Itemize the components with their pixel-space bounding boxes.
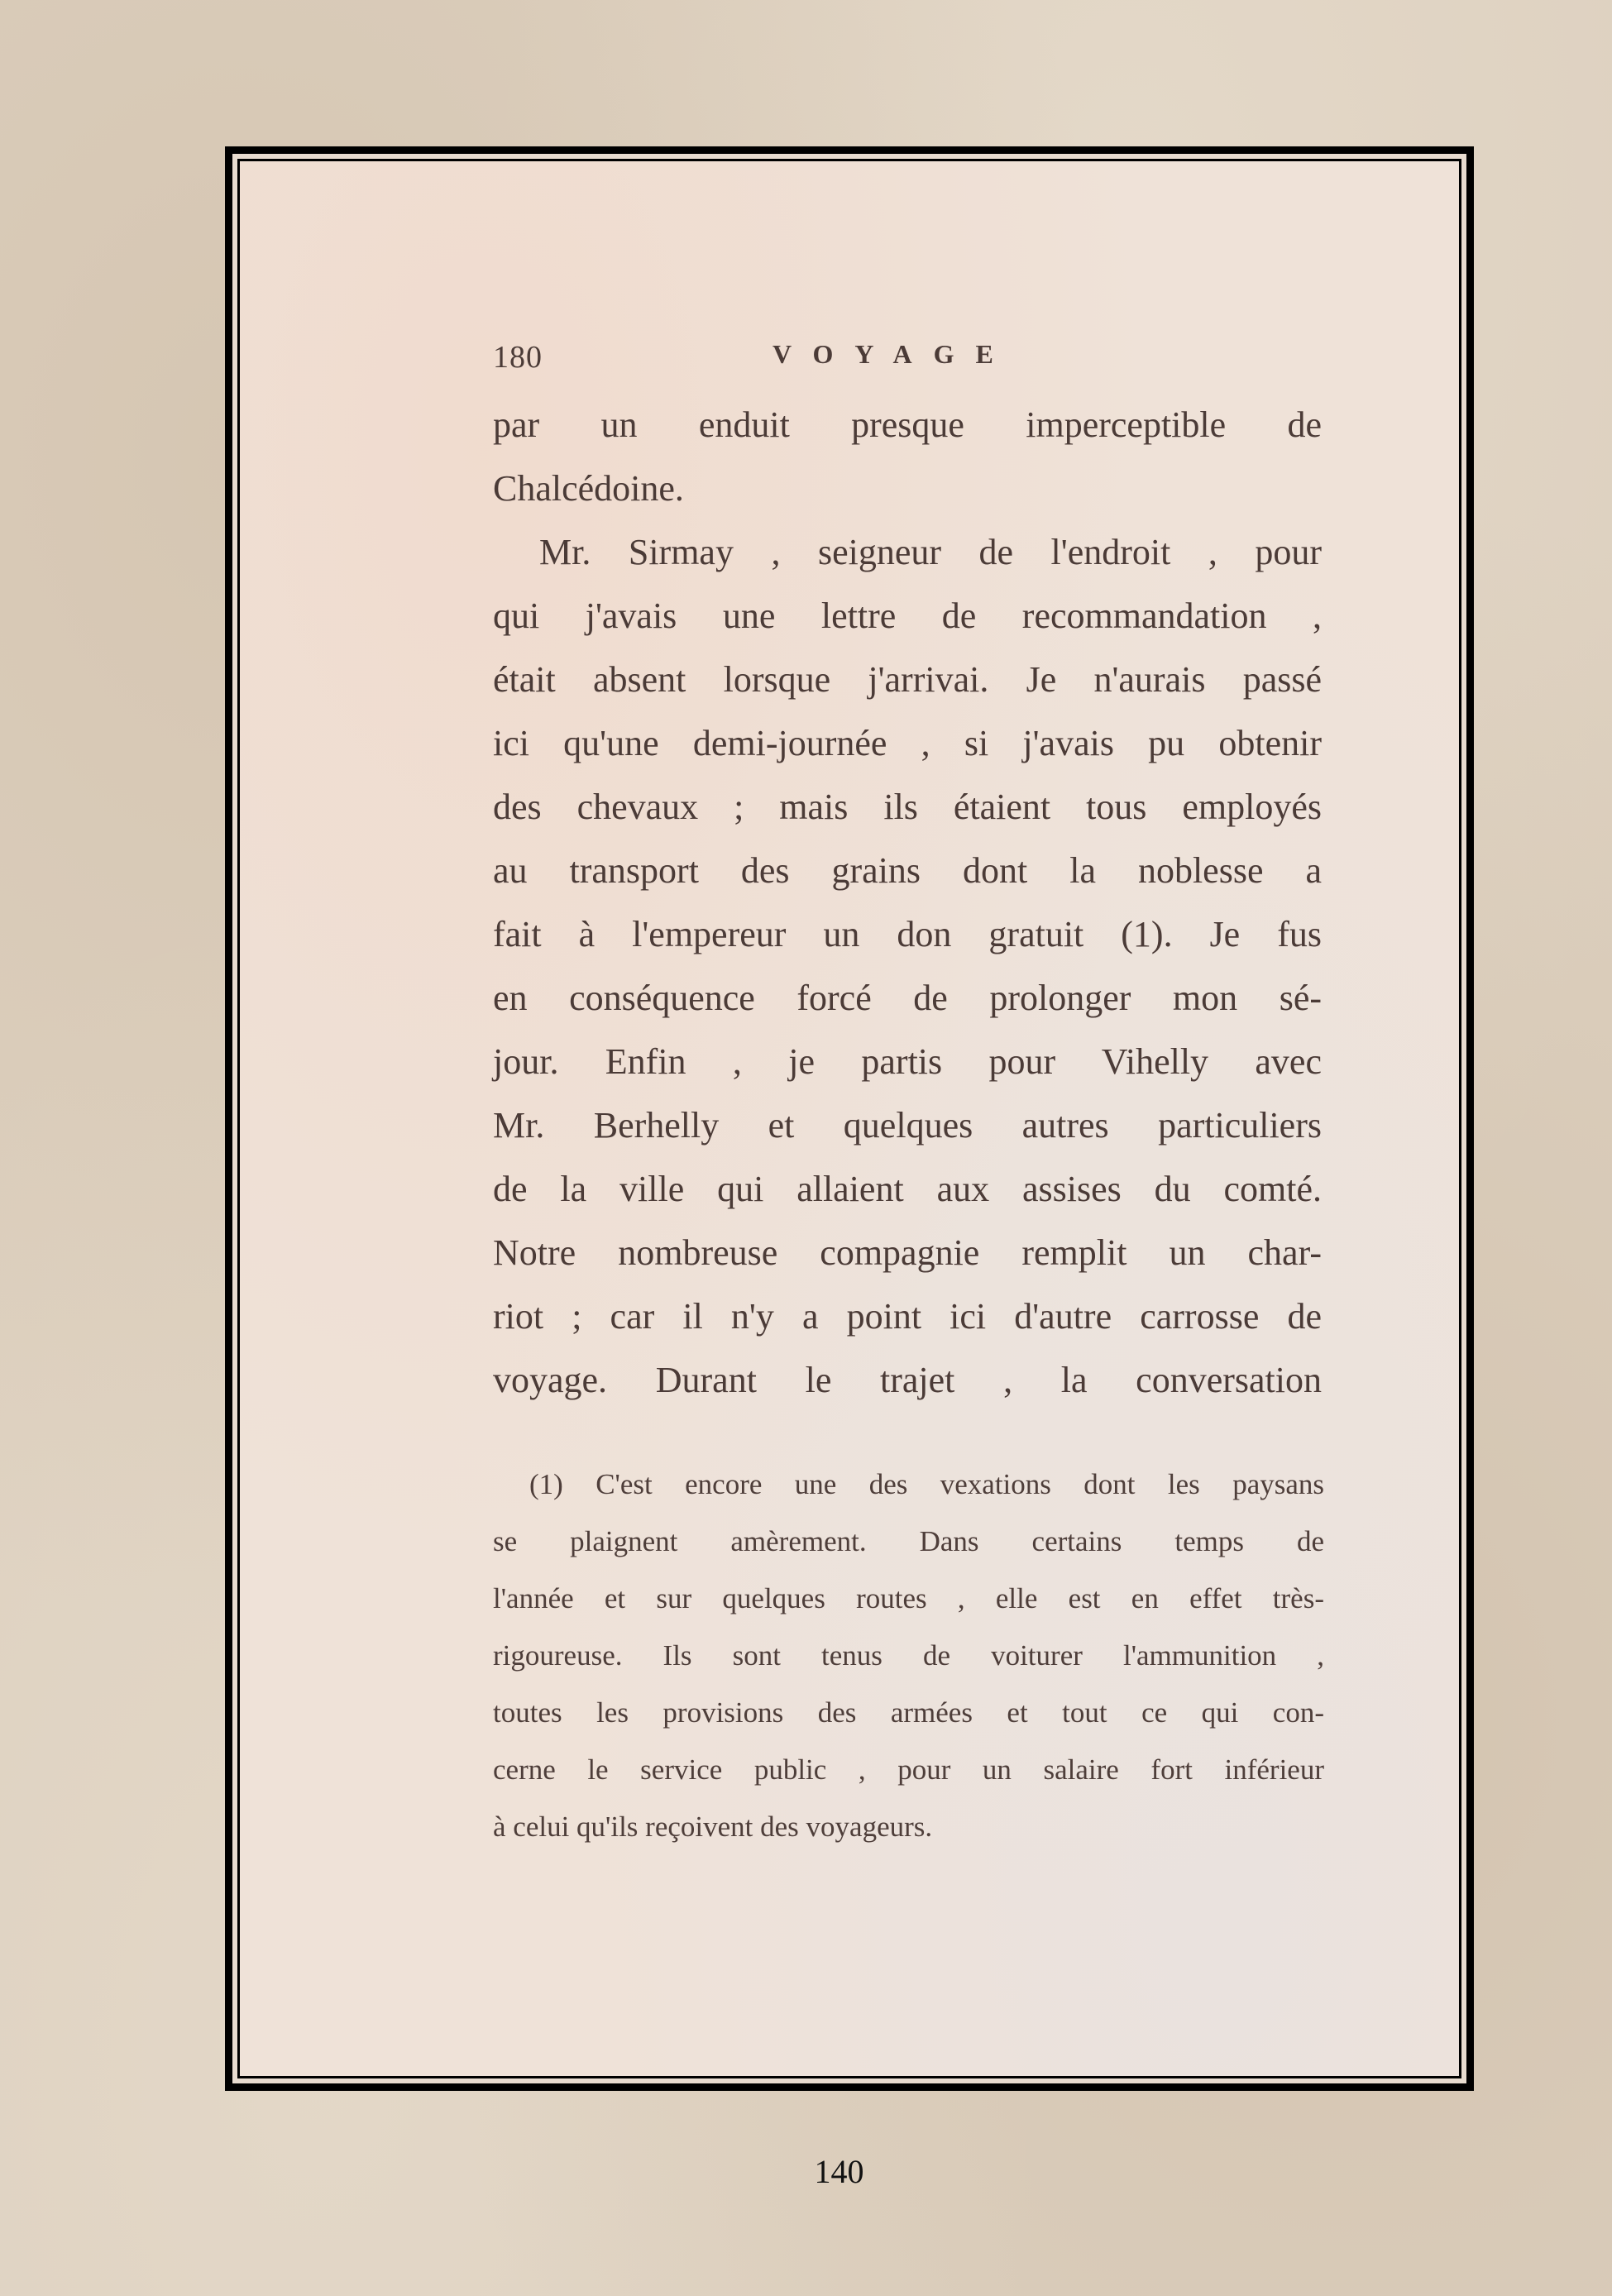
body-text: par un enduit presque imperceptible de C… (493, 393, 1322, 1412)
body-line: qui j'avais une lettre de recommandation… (493, 584, 1322, 648)
footnote-line: se plaignent amèrement. Dans certains te… (493, 1513, 1324, 1570)
body-line: jour. Enfin , je partis pour Vihelly ave… (493, 1030, 1322, 1093)
body-line: Notre nombreuse compagnie remplit un cha… (493, 1221, 1322, 1284)
page-frame-inner-border: 180 VOYAGE par un enduit presque imperce… (237, 159, 1461, 2078)
body-line: riot ; car il n'y a point ici d'autre ca… (493, 1284, 1322, 1348)
footnote-line: (1) C'est encore une des vexations dont … (493, 1456, 1324, 1513)
body-line: au transport des grains dont la noblesse… (493, 839, 1322, 902)
footnote-line: toutes les provisions des armées et tout… (493, 1684, 1324, 1741)
body-line: en conséquence forcé de prolonger mon sé… (493, 966, 1322, 1030)
original-folio-number: 180 (493, 339, 543, 375)
body-line: de la ville qui allaient aux assises du … (493, 1157, 1322, 1221)
page-number: 140 (0, 2152, 1612, 2191)
footnote-line: à celui qu'ils reçoivent des voyageurs. (493, 1798, 1324, 1855)
body-line: Mr. Sirmay , seigneur de l'endroit , pou… (493, 520, 1322, 584)
footnote-line: cerne le service public , pour un salair… (493, 1741, 1324, 1798)
running-head: 180 VOYAGE (493, 339, 1320, 389)
body-line: Mr. Berhelly et quelques autres particul… (493, 1093, 1322, 1157)
page-frame-gap: 180 VOYAGE par un enduit presque imperce… (232, 154, 1466, 2083)
body-line: Chalcédoine. (493, 457, 1322, 520)
body-line: fait à l'empereur un don gratuit (1). Je… (493, 902, 1322, 966)
footnote-line: rigoureuse. Ils sont tenus de voiturer l… (493, 1627, 1324, 1684)
running-head-title: VOYAGE (773, 339, 1015, 370)
scanned-book-page: 180 VOYAGE par un enduit presque imperce… (240, 161, 1459, 2076)
footnote: (1) C'est encore une des vexations dont … (493, 1456, 1324, 1855)
body-line: voyage. Durant le trajet , la conversati… (493, 1348, 1322, 1412)
body-line: ici qu'une demi-journée , si j'avais pu … (493, 711, 1322, 775)
page-frame-outer-border: 180 VOYAGE par un enduit presque imperce… (225, 146, 1474, 2091)
footnote-line: l'année et sur quelques routes , elle es… (493, 1570, 1324, 1627)
body-line: des chevaux ; mais ils étaient tous empl… (493, 775, 1322, 839)
body-line: était absent lorsque j'arrivai. Je n'aur… (493, 648, 1322, 711)
body-line: par un enduit presque imperceptible de (493, 393, 1322, 457)
